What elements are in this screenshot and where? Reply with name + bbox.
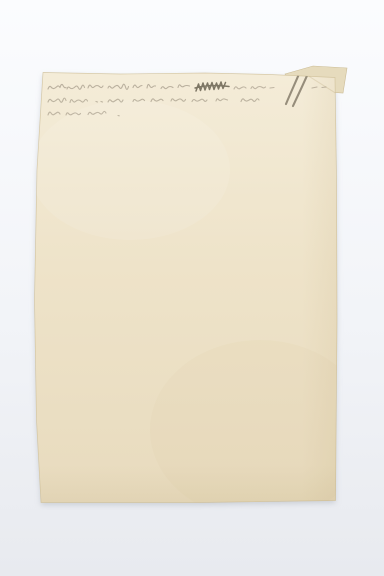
photo-of-manuscript-page [0, 0, 384, 576]
paper-light-patch [30, 100, 230, 240]
manuscript-photo-canvas [0, 0, 384, 576]
